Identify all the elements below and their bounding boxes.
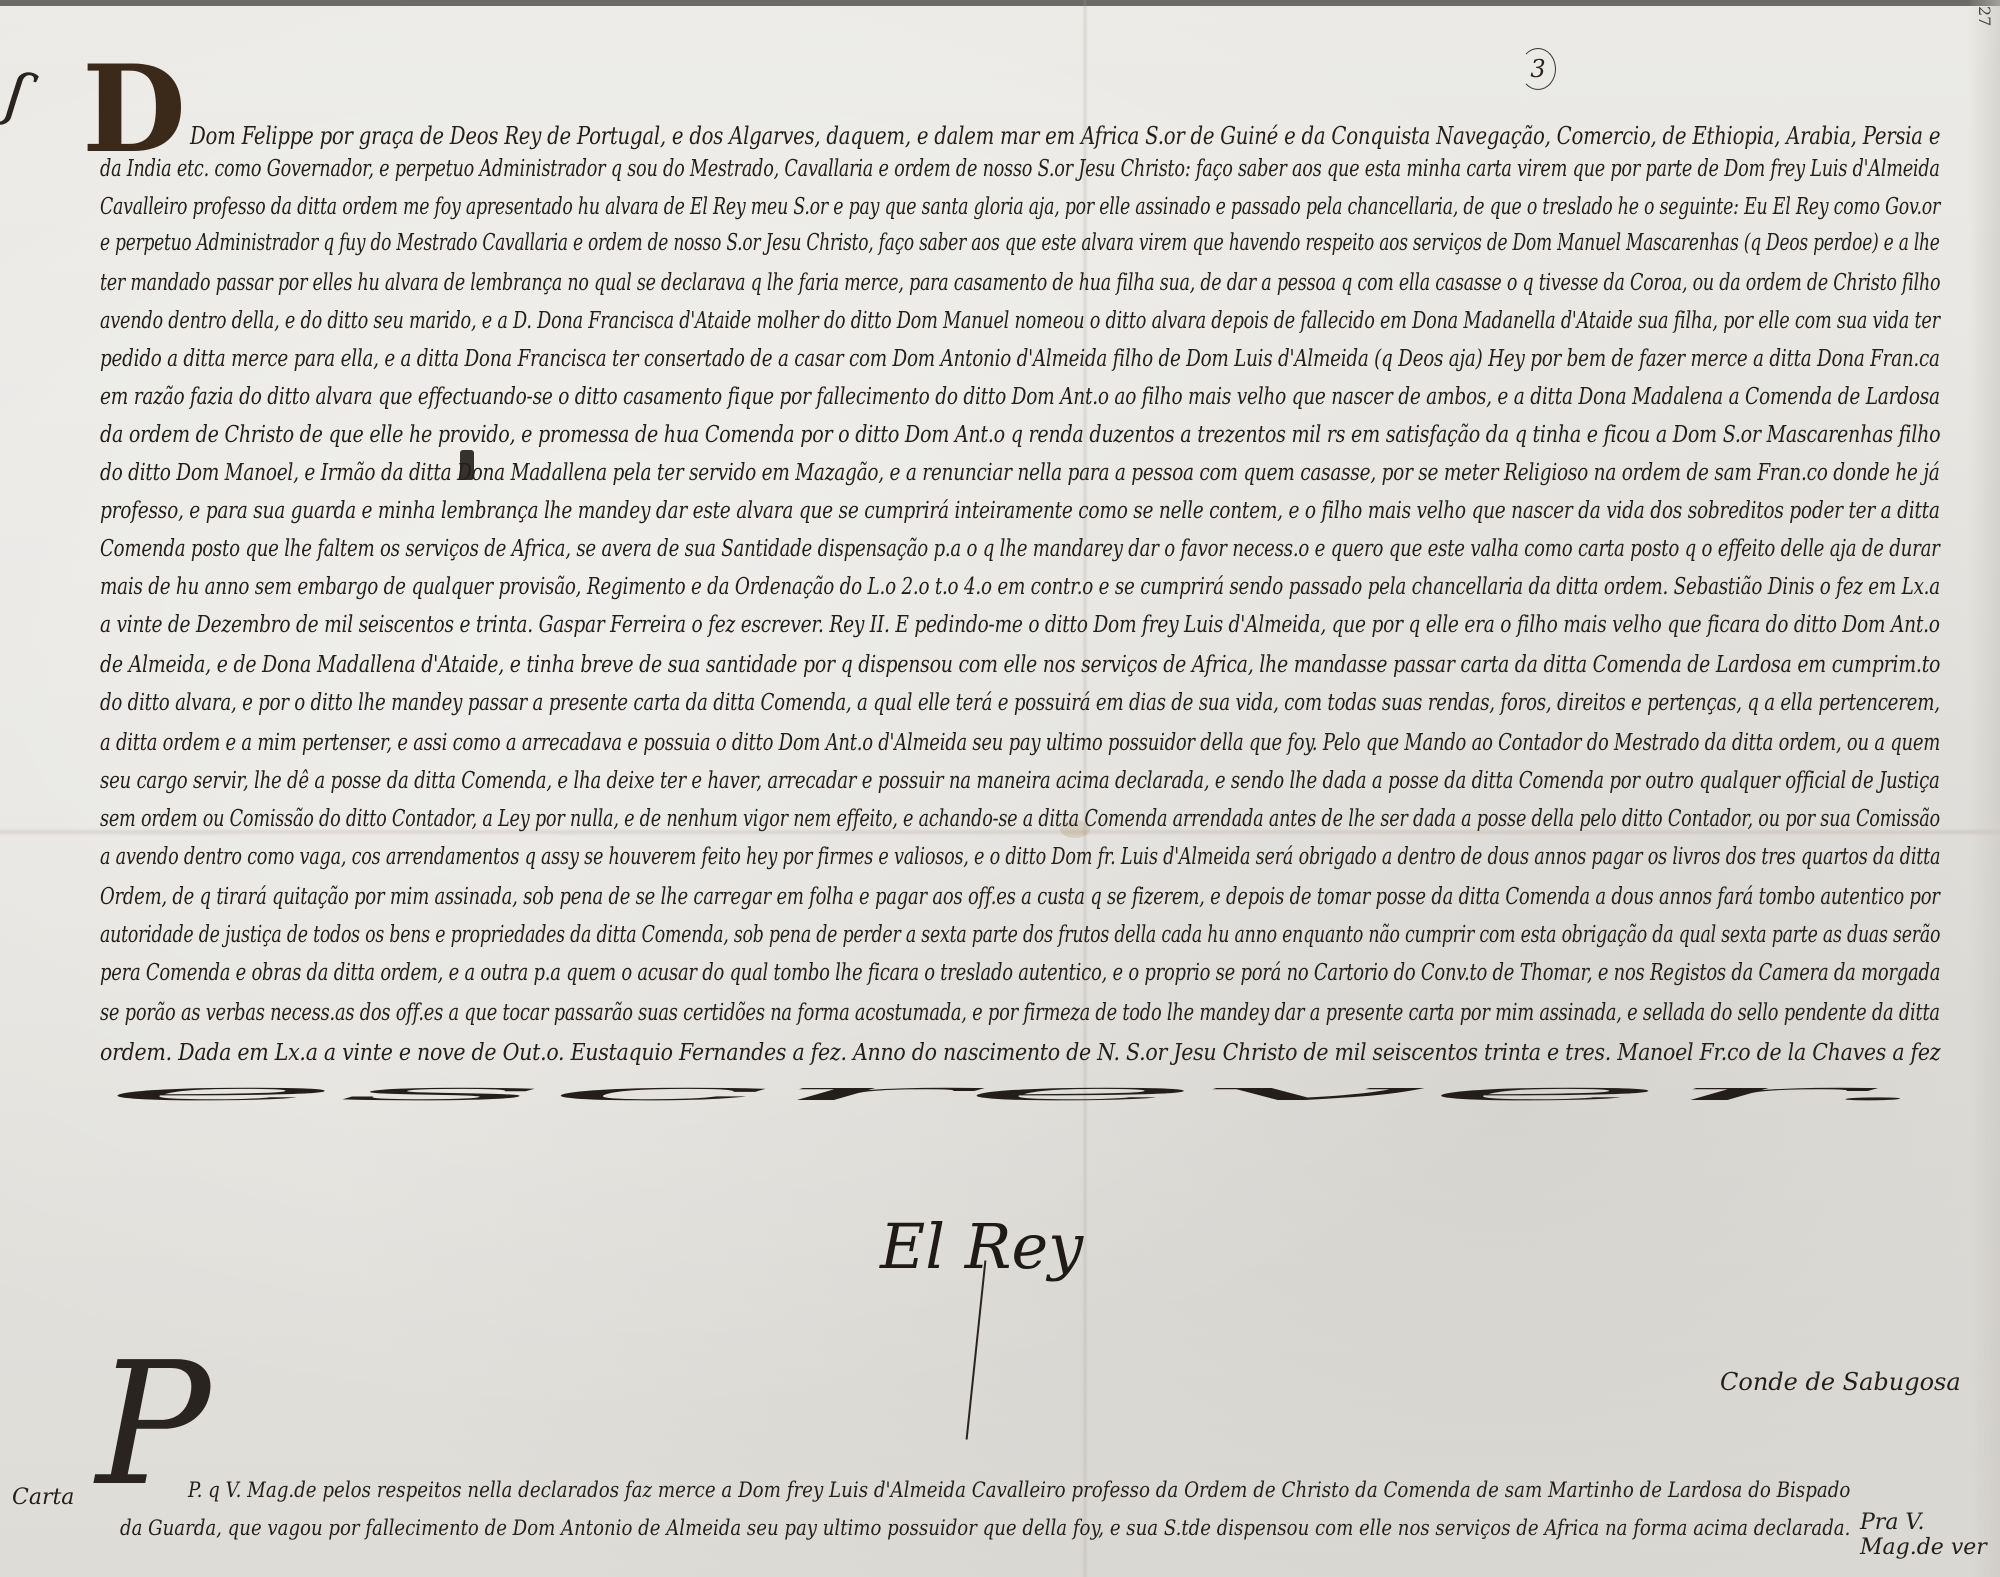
margin-label-carta: Carta — [12, 1485, 74, 1510]
text-line-25: ordem. Dada em Lx.a a vinte e nove de Ou… — [100, 1040, 1940, 1066]
text-line-10: do ditto Dom Manoel, e Irmão da ditta Do… — [100, 460, 1940, 486]
text-line-12: Comenda posto que lhe faltem os serviços… — [100, 536, 1940, 562]
margin-flourish: ʃ — [0, 59, 33, 131]
text-line-20: a avendo dentro como vaga, cos arrendame… — [100, 844, 1940, 870]
text-line-17: a ditta ordem e a mim pertenser, e assi … — [100, 730, 1940, 756]
text-line-4: e perpetuo Administrador q fuy do Mestra… — [100, 230, 1940, 256]
text-line-6: avendo dentro della, e do ditto seu mari… — [100, 308, 1940, 334]
text-line-15: de Almeida, e de Dona Madallena d'Ataide… — [100, 652, 1940, 678]
registrar-signature: Conde de Sabugosa — [1720, 1368, 1961, 1396]
text-line-14: a vinte de Dezembro de mil seiscentos e … — [100, 612, 1940, 638]
text-line-7: pedido a ditta merce para ella, e a ditt… — [100, 346, 1940, 372]
text-line-19: sem ordem ou Comissão do ditto Contador,… — [100, 806, 1940, 832]
summary-line-1: P. q V. Mag.de pelos respeitos nella dec… — [188, 1478, 1850, 1503]
text-line-11: professo, e para sua guarda e minha lemb… — [100, 498, 1940, 524]
fee-annotation: Pra V. Mag.de ver — [1860, 1510, 2000, 1560]
text-line-26: escrever. — [100, 1080, 1933, 1106]
text-line-8: em razão fazia do ditto alvara que effec… — [100, 384, 1940, 410]
text-line-23: pera Comenda e obras da ditta ordem, e a… — [100, 960, 1940, 986]
signature-flourish-stroke — [966, 1260, 987, 1439]
text-line-21: Ordem, de q tirará quitação por mim assi… — [100, 884, 1940, 910]
document-right-edge — [1968, 0, 2000, 1577]
text-line-24: se porão as verbas necess.as dos off.es … — [100, 1000, 1940, 1026]
text-line-9: da ordem de Christo de que elle he provi… — [100, 422, 1940, 448]
text-line-1: Dom Felippe por graça de Deos Rey de Por… — [190, 122, 1940, 150]
text-line-5: ter mandado passar por elles hu alvara d… — [100, 270, 1940, 296]
text-line-2: da India etc. como Governador, e perpetu… — [100, 156, 1940, 182]
royal-signature-el-rey: El Rey — [880, 1210, 1083, 1283]
summary-line-2: da Guarda, que vagou por fallecimento de… — [120, 1516, 1850, 1541]
text-line-13: mais de hu anno sem embargo de qualquer … — [100, 574, 1940, 600]
text-line-3: Cavalleiro professo da ditta ordem me fo… — [100, 194, 1940, 220]
parchment-document: ʃ D 3 27 Dom Felippe por graça de Deos R… — [0, 0, 2000, 1577]
photo-top-edge — [0, 0, 2000, 6]
text-line-22: autoridade de justiça de todos os bens e… — [100, 922, 1940, 948]
illuminated-initial-d: D — [82, 50, 186, 170]
text-line-16: do ditto alvara, e por o ditto lhe mande… — [100, 690, 1940, 716]
margin-folio-number: 27 — [1975, 6, 1994, 26]
text-line-18: seu cargo servir, lhe dê a posse da ditt… — [100, 768, 1940, 794]
page-number-circled: 3 — [1520, 48, 1556, 90]
